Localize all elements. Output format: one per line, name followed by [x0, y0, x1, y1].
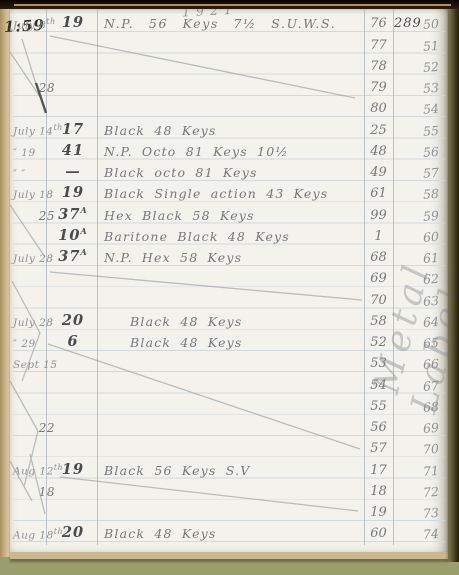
date-cell: 22 [13, 421, 55, 435]
qty-cell: 19 [50, 184, 96, 201]
ledger-row: 1973 [10, 500, 448, 521]
count-cell: 48 [365, 144, 392, 159]
count-cell: 99 [365, 208, 392, 223]
count-cell: 79 [365, 80, 392, 95]
photo-top-edge [0, 0, 459, 9]
count-cell: 56 [365, 420, 392, 435]
description-cell: Black 48 Keys [104, 123, 362, 138]
ledger-row: Aug 18th20Black 48 Keys6074 [10, 521, 448, 542]
photo-bottom-edge [0, 561, 459, 575]
qty-cell: 17 [50, 121, 96, 138]
count-cell: 18 [365, 484, 392, 499]
date-cell: ″ ″ [13, 168, 55, 180]
count-cell: 77 [365, 38, 392, 53]
qty-cell: 37A [50, 205, 96, 223]
count-cell: 76 [365, 16, 392, 31]
ledger-row: 7751 [10, 32, 448, 53]
ledger-row: 6962 [10, 266, 448, 287]
ledger-row: 5568 [10, 394, 448, 415]
count-cell: 78 [365, 59, 392, 74]
count-cell: 60 [365, 526, 392, 541]
description-cell: Black 56 Keys S.V [104, 463, 362, 478]
superscript: A [80, 205, 87, 215]
count-cell: 25 [365, 123, 392, 138]
gilt-edge-line [14, 4, 451, 6]
count-cell: 53 [365, 356, 392, 371]
date-cell: 25 [13, 209, 55, 223]
description-cell: N.P. 56 Keys 7½ S.U.W.S. [104, 16, 362, 31]
count-cell: 1 [365, 229, 392, 244]
count-cell: 49 [365, 165, 392, 180]
ledger-row: Aug 12th19Black 56 Keys S.V1771 [10, 457, 448, 478]
date-cell: July 28 [13, 253, 55, 265]
description-cell: N.P. Octo 81 Keys 10½ [104, 144, 362, 159]
date-cell: July 28 [13, 317, 55, 329]
ledger-rows: July 8th19N.P. 56 Keys 7½ S.U.W.S.762895… [10, 6, 448, 552]
description-cell: Black 48 Keys [104, 526, 362, 541]
photo-right-edge [445, 0, 459, 562]
ledger-row: 5770 [10, 436, 448, 457]
count-cell: 52 [365, 335, 392, 350]
date-cell: Aug 12th [13, 463, 55, 478]
total-cell: 289 [394, 16, 424, 31]
ledger-row: July 8th19N.P. 56 Keys 7½ S.U.W.S.762895… [10, 11, 448, 32]
description-cell: Hex Black 58 Keys [104, 208, 362, 223]
qty-cell: 10A [50, 226, 96, 244]
date-cell: July 8th [13, 17, 55, 32]
ledger-row: 287953 [10, 75, 448, 96]
ledger-row: ″ ″—Black octo 81 Keys4957 [10, 160, 448, 181]
qty-cell: 41 [50, 142, 96, 159]
qty-cell: 19 [50, 461, 96, 478]
date-cell: ″ 19 [13, 147, 55, 159]
ledger-row: ″ 1941N.P. Octo 81 Keys 10½4856 [10, 139, 448, 160]
description-cell: Black Single action 43 Keys [104, 186, 362, 201]
ledger-row: 10ABaritone Black 48 Keys160 [10, 224, 448, 245]
date-cell: ″ 29 [13, 338, 55, 350]
count-cell: 57 [365, 441, 392, 456]
ledger-row: 181872 [10, 479, 448, 500]
ledger-row: 7063 [10, 287, 448, 308]
qty-cell: — [50, 163, 96, 180]
ledger-row: 2537AHex Black 58 Keys9959 [10, 202, 448, 223]
date-cell: July 18 [13, 189, 55, 201]
count-cell: 70 [365, 293, 392, 308]
description-cell: Black octo 81 Keys [104, 165, 362, 180]
count-cell: 61 [365, 186, 392, 201]
date-cell: July 14th [13, 123, 55, 138]
ledger-row: 225669 [10, 415, 448, 436]
date-cell: 28 [13, 81, 55, 95]
qty-cell: 19 [50, 14, 96, 31]
ledger-row: ″ 296Black 48 Keys5265 [10, 330, 448, 351]
ledger-row: 5467 [10, 372, 448, 393]
qty-cell: 6 [50, 333, 96, 350]
date-cell: Sept 15 [13, 359, 55, 371]
qty-cell: 37A [50, 247, 96, 265]
count-cell: 68 [365, 250, 392, 265]
ledger-page: 1:59 1921 July 8th19N.P. 56 Keys 7½ S.U.… [10, 6, 448, 559]
superscript: A [80, 226, 87, 236]
count-cell: 55 [365, 399, 392, 414]
count-cell: 17 [365, 463, 392, 478]
count-cell: 69 [365, 271, 392, 286]
ledger-row: 7852 [10, 54, 448, 75]
date-cell: 18 [13, 485, 55, 499]
ledger-row: Sept 155366 [10, 351, 448, 372]
qty-cell: 20 [50, 312, 96, 329]
superscript: A [80, 247, 87, 257]
scanned-ledger-photo: { "page": { "corner_mark": "1:59", "year… [0, 0, 459, 575]
ledger-row: July 2820Black 48 Keys5864 [10, 309, 448, 330]
description-cell: Black 48 Keys [130, 335, 388, 350]
ledger-row: July 2837AN.P. Hex 58 Keys6861 [10, 245, 448, 266]
description-cell: Black 48 Keys [130, 314, 388, 329]
qty-cell: 20 [50, 524, 96, 541]
count-cell: 19 [365, 505, 392, 520]
ledger-row: July 14th17Black 48 Keys2555 [10, 117, 448, 138]
description-cell: N.P. Hex 58 Keys [104, 250, 362, 265]
ledger-row: July 1819Black Single action 43 Keys6158 [10, 181, 448, 202]
count-cell: 54 [365, 378, 392, 393]
count-cell: 80 [365, 101, 392, 116]
date-cell: Aug 18th [13, 527, 55, 542]
count-cell: 58 [365, 314, 392, 329]
description-cell: Baritone Black 48 Keys [104, 229, 362, 244]
ledger-row: 8054 [10, 96, 448, 117]
